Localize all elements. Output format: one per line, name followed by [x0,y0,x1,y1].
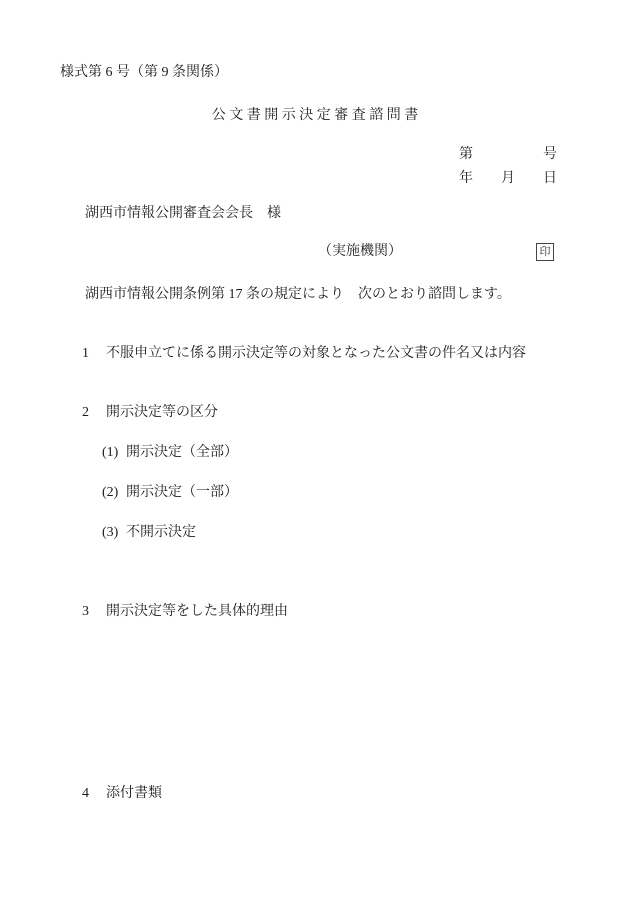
item-3: 3開示決定等をした具体的理由 [68,588,288,636]
date-year-label: 年 [459,171,473,187]
item-1-label: 不服申立てに係る開示決定等の対象となった公文書の件名又は内容 [106,346,526,361]
item-2-sub-3: (3)不開示決定 [88,509,196,557]
item-4-number: 4 [82,786,106,802]
doc-number-line: 第 号 [459,147,557,163]
item-3-label: 開示決定等をした具体的理由 [106,604,288,619]
item-3-number: 3 [82,604,106,620]
item-2-sub-2-number: (2) [102,485,126,501]
addressee: 湖西市情報公開審査会会長 様 [85,206,281,222]
item-1-number: 1 [82,346,106,362]
document-page: 様式第 6 号（第 9 条関係） 公 文 書 開 示 決 定 審 査 諮 問 書… [0,0,630,903]
item-2-sub-3-label: 不開示決定 [126,525,196,540]
item-2-sub-1-label: 開示決定（全部） [126,445,238,460]
issuing-agency-label: （実施機関） [318,244,402,260]
date-month-label: 月 [501,171,515,187]
item-1: 1不服申立てに係る開示決定等の対象となった公文書の件名又は内容 [68,330,526,378]
doc-number-prefix: 第 [459,147,473,163]
item-4: 4添付書類 [68,770,162,818]
item-4-label: 添付書類 [106,786,162,801]
form-number: 様式第 6 号（第 9 条関係） [60,65,228,81]
doc-number-suffix: 号 [543,147,557,163]
item-2-sub-2-label: 開示決定（一部） [126,485,238,500]
body-text: 湖西市情報公開条例第 17 条の規定により 次のとおり諮問します。 [85,287,511,303]
item-2-number: 2 [82,405,106,421]
item-2-label: 開示決定等の区分 [106,405,218,420]
seal-character: 印 [540,247,551,258]
document-title: 公 文 書 開 示 決 定 審 査 諮 問 書 [0,108,630,124]
date-day-label: 日 [543,171,557,187]
date-line: 年 月 日 [459,171,557,187]
seal-stamp-icon: 印 [536,243,554,261]
item-2-sub-3-number: (3) [102,525,126,541]
item-2-sub-1-number: (1) [102,445,126,461]
